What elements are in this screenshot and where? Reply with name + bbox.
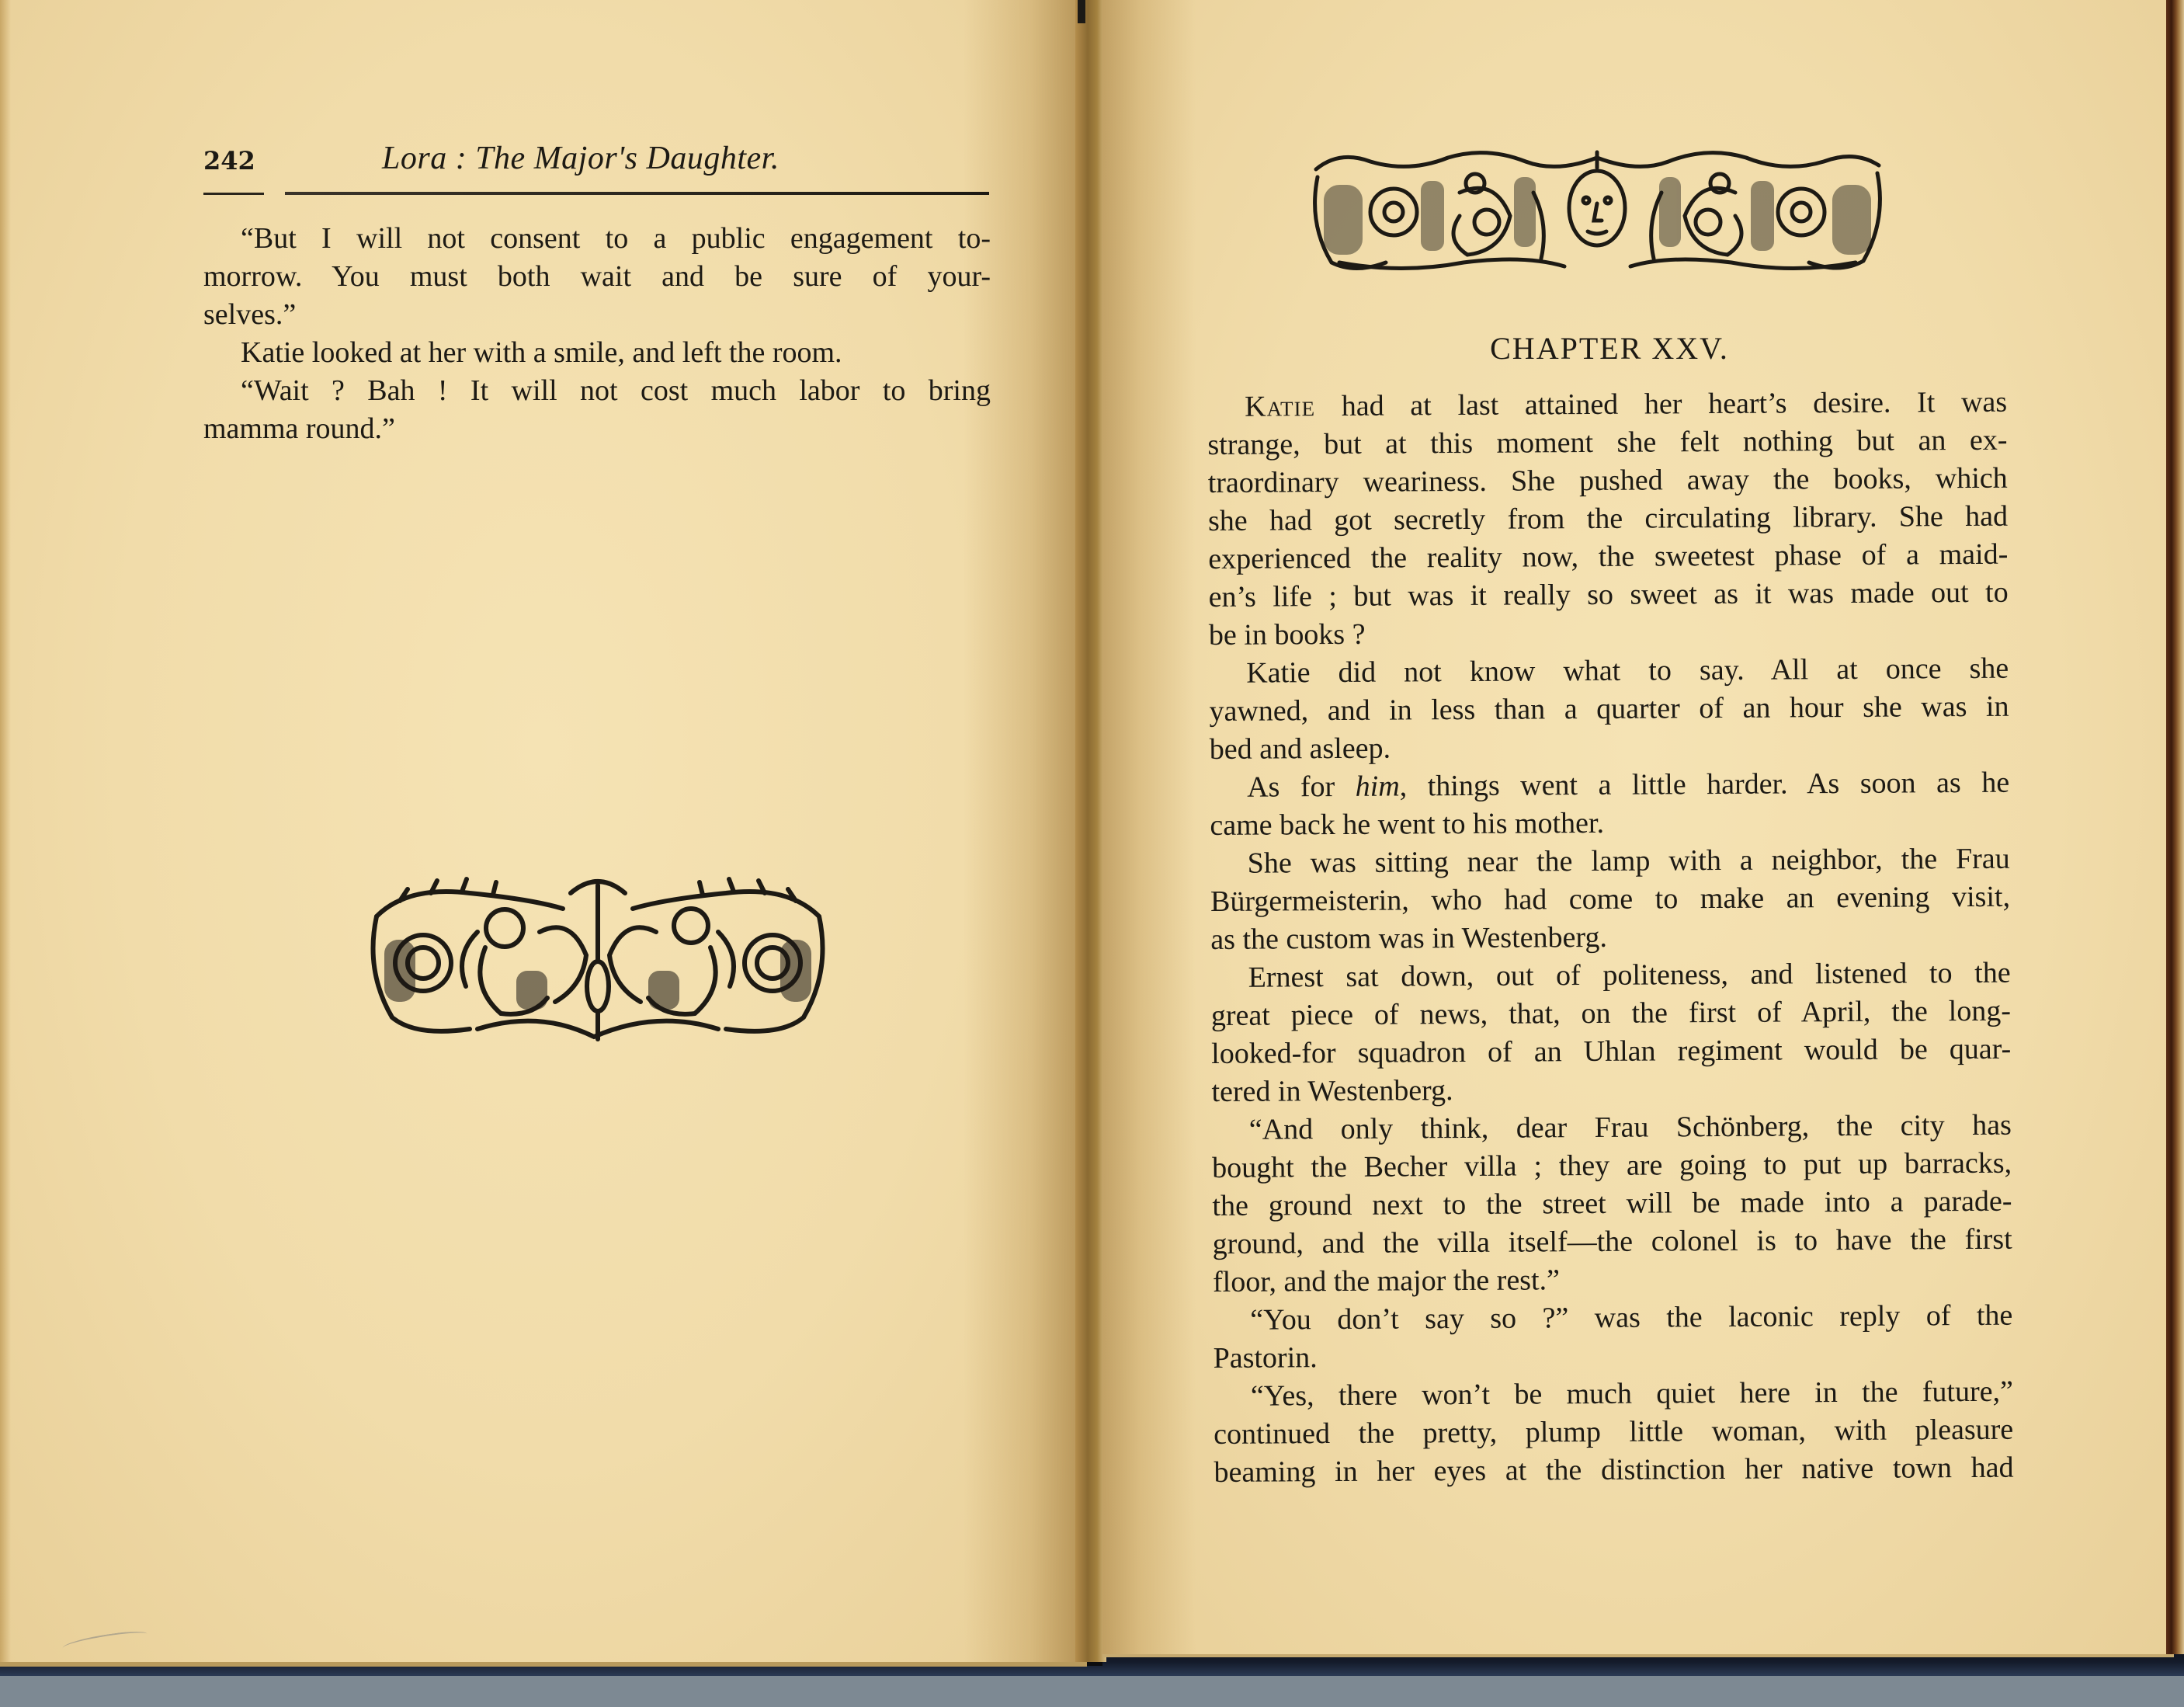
text-line: Pastorin.: [1213, 1335, 2012, 1378]
text-line: strange, but at this moment she felt not…: [1207, 422, 2007, 464]
text-line: “And only think, dear Frau Schönberg, th…: [1212, 1107, 2012, 1149]
text-line: Ernest sat down, out of politeness, and …: [1210, 954, 2010, 997]
chapter-heading: CHAPTER XXV.: [1210, 330, 2009, 367]
page-edge-shade: [0, 0, 11, 1662]
spine-top-shadow: [1078, 0, 1085, 23]
tailpiece-ornament-icon: [361, 870, 835, 1045]
italic-emphasis: him: [1356, 770, 1400, 802]
text-line: looked-for squadron of an Uhlan regiment…: [1211, 1031, 2011, 1073]
text-line: floor, and the major the rest.”: [1213, 1259, 2012, 1302]
running-head: 242 Lora : The Major's Daughter.: [203, 140, 991, 186]
text-line: Bürgermeisterin, who had come to make an…: [1210, 878, 2010, 921]
text-line: beaming in her eyes at the distinction h…: [1214, 1449, 2013, 1492]
text-fragment: had at last attained her heart’s desire.…: [1315, 386, 2007, 422]
text-line: bed and asleep.: [1210, 726, 2009, 769]
text-line: yawned, and in less than a quarter of an…: [1209, 688, 2009, 731]
text-line: Katie did not know what to say. All at o…: [1209, 650, 2009, 693]
left-page: 242 Lora : The Major's Daughter. “But I …: [0, 0, 1087, 1667]
text-line: “But I will not consent to a public enga…: [203, 220, 991, 258]
text-line: bought the Becher villa ; they are going…: [1212, 1145, 2012, 1187]
text-line: As for him, things went a little harder.…: [1210, 764, 2009, 807]
text-line: experienced the reality now, the sweetes…: [1208, 536, 2008, 579]
page-number: 242: [203, 146, 255, 176]
header-rule-segment: [285, 192, 989, 195]
text-fragment: , things went a little harder. As soon a…: [1400, 767, 2010, 803]
running-title: Lora : The Major's Daughter.: [382, 140, 780, 177]
headpiece-ornament-icon: [1308, 146, 1887, 274]
left-page-body: “But I will not consent to a public enga…: [203, 220, 991, 448]
scanner-background: [0, 1676, 2184, 1707]
text-line: selves.”: [203, 296, 991, 334]
book-spread-scan: 242 Lora : The Major's Daughter. “But I …: [0, 0, 2184, 1707]
text-line: tered in Westenberg.: [1211, 1069, 2011, 1111]
text-line: “Yes, there won’t be much quiet here in …: [1214, 1373, 2013, 1416]
text-line: traordinary weariness. She pushed away t…: [1208, 460, 2008, 502]
page-fore-edge: [2166, 0, 2184, 1654]
text-line: she had got secretly from the circulatin…: [1208, 498, 2008, 541]
text-line: as the custom was in Westenberg.: [1210, 916, 2010, 959]
text-line: en’s life ; but was it really so sweet a…: [1208, 574, 2008, 617]
text-line: the ground next to the street will be ma…: [1212, 1183, 2012, 1225]
text-line: ground, and the villa itself—the colonel…: [1213, 1221, 2012, 1264]
header-rule-segment: [203, 193, 264, 195]
text-line: She was sitting near the lamp with a nei…: [1210, 840, 2010, 883]
pencil-mark: [61, 1629, 148, 1653]
text-line: “You don’t say so ?” was the laconic rep…: [1213, 1297, 2012, 1340]
text-line: Katie looked at her with a smile, and le…: [203, 334, 991, 372]
text-fragment: As for: [1247, 770, 1356, 804]
text-line: “Wait ? Bah ! It will not cost much labo…: [203, 372, 991, 410]
text-line: morrow. You must both wait and be sure o…: [203, 258, 991, 296]
text-line: great piece of news, that, on the first …: [1211, 993, 2011, 1035]
text-line: came back he went to his mother.: [1210, 802, 2009, 845]
text-line: continued the pretty, plump little woman…: [1214, 1411, 2013, 1454]
right-page-body: Katie had at last attained her heart’s d…: [1207, 384, 2014, 1492]
header-rule: [203, 192, 989, 196]
book-spine-gutter: [1075, 0, 1106, 1662]
text-line: be in books ?: [1209, 612, 2009, 655]
text-line: mamma round.”: [203, 410, 991, 448]
gutter-shadow-right: [1102, 0, 1196, 1654]
opening-word: Katie: [1245, 390, 1315, 423]
text-line: Katie had at last attained her heart’s d…: [1207, 384, 2007, 426]
